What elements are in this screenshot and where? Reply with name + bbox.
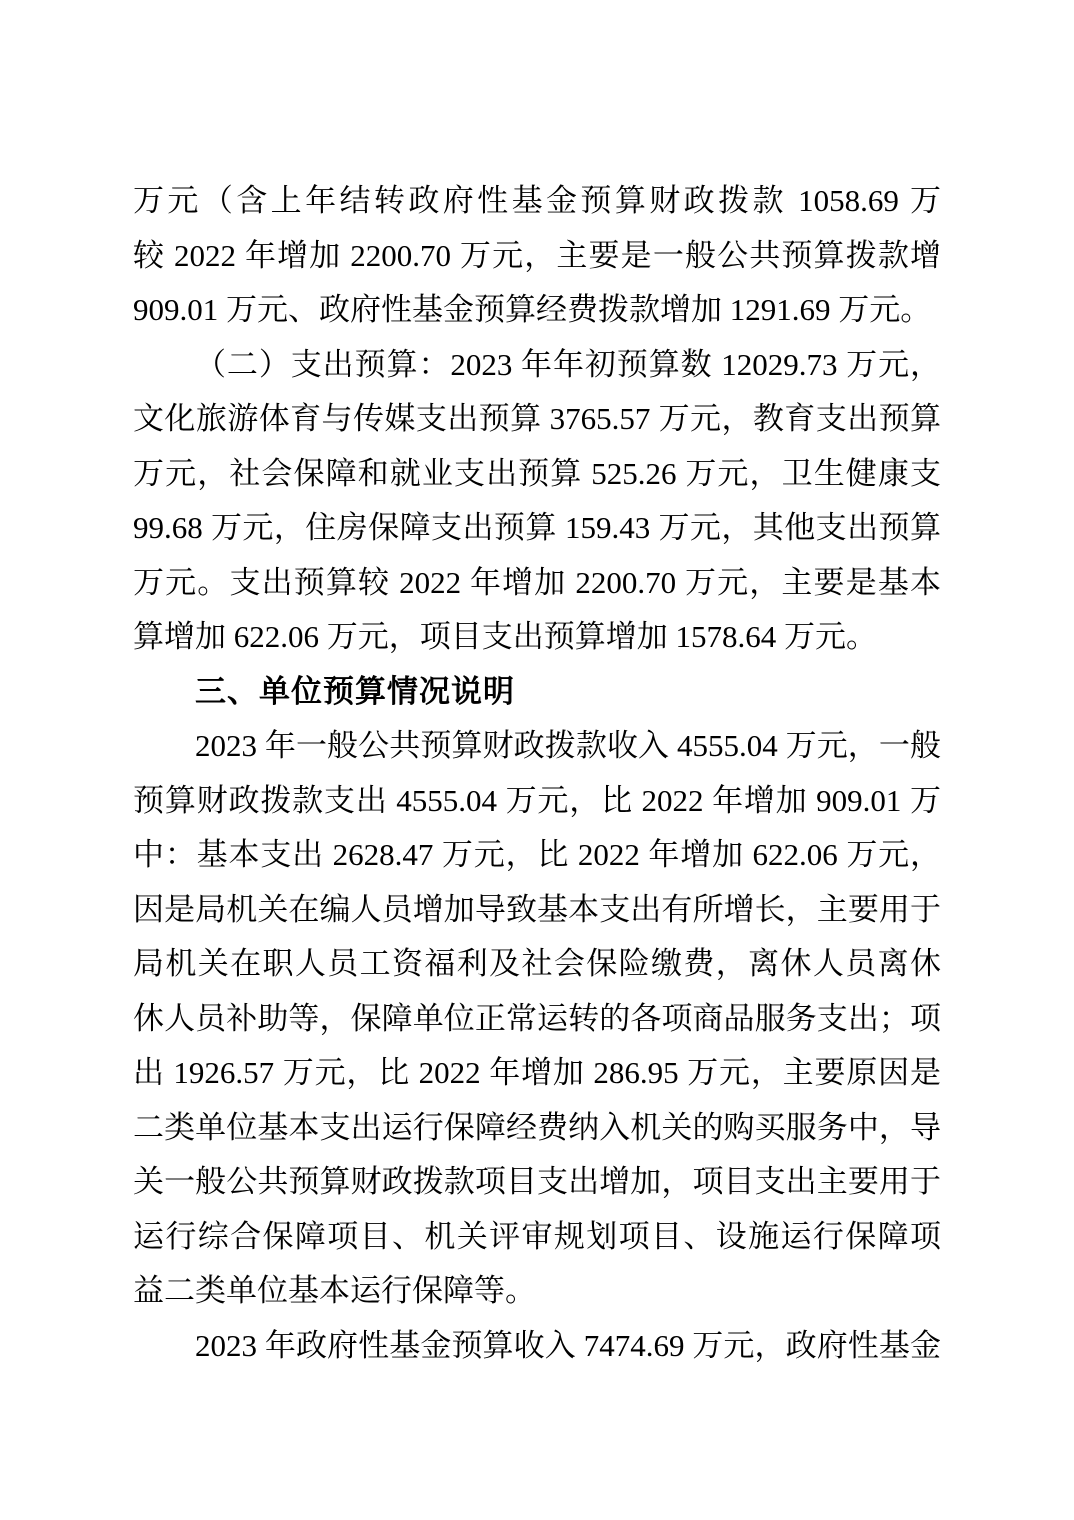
text-line: 2023 年政府性基金预算收入 7474.69 万元，政府性基金预算	[133, 1319, 941, 1374]
text-line: 万元。支出预算较 2022 年增加 2200.70 万元，主要是基本支出预	[133, 556, 941, 611]
text-line: 局机关在职人员工资福利及社会保险缴费，离休人员离休费，退	[133, 937, 941, 992]
text-line: 万元（含上年结转政府性基金预算财政拨款 1058.69 万元）。收入	[133, 174, 941, 229]
text-line: 909.01 万元、政府性基金预算经费拨款增加 1291.69 万元。	[133, 283, 941, 338]
text-line: 文化旅游体育与传媒支出预算 3765.57 万元，教育支出预算 5.10	[133, 392, 941, 447]
text-line: 99.68 万元，住房保障支出预算 159.43 万元，其他支出预算 7474.…	[133, 501, 941, 556]
document-body: 万元（含上年结转政府性基金预算财政拨款 1058.69 万元）。收入较 2022…	[133, 174, 941, 1373]
text-line: 万元，社会保障和就业支出预算 525.26 万元，卫生健康支出预算	[133, 447, 941, 502]
text-line: 算增加 622.06 万元，项目支出预算增加 1578.64 万元。	[133, 610, 941, 665]
text-line: 二类单位基本支出运行保障经费纳入机关的购买服务中，导致机	[133, 1101, 941, 1156]
text-line: 预算财政拨款支出 4555.04 万元，比 2022 年增加 909.01 万元…	[133, 774, 941, 829]
text-line: 较 2022 年增加 2200.70 万元，主要是一般公共预算拨款增加	[133, 229, 941, 284]
text-line: 休人员补助等，保障单位正常运转的各项商品服务支出；项目支	[133, 992, 941, 1047]
paragraph: （二）支出预算：2023 年年初预算数 12029.73 万元，其中：文化旅游体…	[133, 338, 941, 665]
text-line: 益二类单位基本运行保障等。	[133, 1264, 941, 1319]
text-line: 2023 年一般公共预算财政拨款收入 4555.04 万元，一般公共	[133, 719, 941, 774]
text-line: 运行综合保障项目、机关评审规划项目、设施运行保障项目、公	[133, 1210, 941, 1265]
section-heading: 三、单位预算情况说明	[133, 665, 941, 720]
text-line: 中：基本支出 2628.47 万元，比 2022 年增加 622.06 万元，主…	[133, 828, 941, 883]
section-heading-text: 三、单位预算情况说明	[133, 665, 941, 720]
text-line: 出 1926.57 万元，比 2022 年增加 286.95 万元，主要原因是将…	[133, 1046, 941, 1101]
paragraph: 万元（含上年结转政府性基金预算财政拨款 1058.69 万元）。收入较 2022…	[133, 174, 941, 338]
document-page: 万元（含上年结转政府性基金预算财政拨款 1058.69 万元）。收入较 2022…	[0, 0, 1074, 1520]
text-line: 关一般公共预算财政拨款项目支出增加，项目支出主要用于机关	[133, 1155, 941, 1210]
text-line: 因是局机关在编人员增加导致基本支出有所增长，主要用于保障	[133, 883, 941, 938]
paragraph: 2023 年政府性基金预算收入 7474.69 万元，政府性基金预算	[133, 1319, 941, 1374]
paragraph: 2023 年一般公共预算财政拨款收入 4555.04 万元，一般公共预算财政拨款…	[133, 719, 941, 1319]
text-line: （二）支出预算：2023 年年初预算数 12029.73 万元，其中：	[133, 338, 941, 393]
